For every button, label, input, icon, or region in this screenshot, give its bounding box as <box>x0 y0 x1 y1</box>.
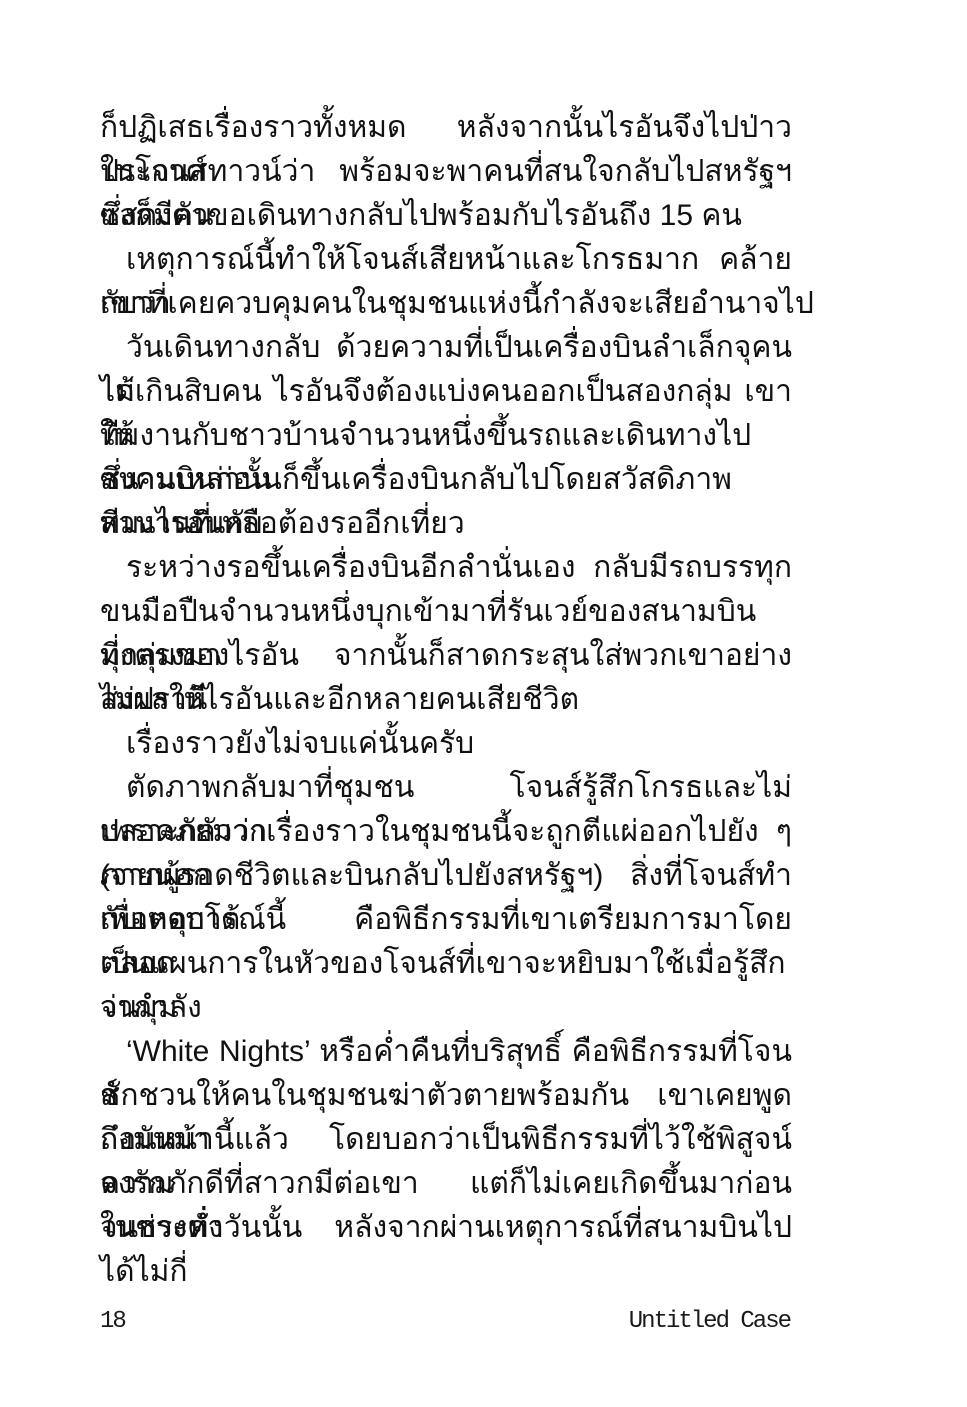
book-page: ก็ปฏิเสธเรื่องราวทั้งหมด หลังจากนั้นไรอั… <box>0 0 967 1407</box>
text-line: จนมุม <box>100 986 792 1030</box>
text-line: ระหว่างรอขึ้นเครื่องบินอีกลำนั่นเอง กลับ… <box>100 546 792 590</box>
text-line: ชักชวนให้คนในชุมชนฆ่าตัวตายพร้อมกัน เขาเ… <box>100 1074 792 1118</box>
running-title: Untitled Case <box>629 1308 790 1335</box>
text-line: เรื่องราวยังไม่จบแค่นั้นครับ <box>100 722 792 766</box>
page-number: 18 <box>100 1308 125 1335</box>
text-line: ‘White Nights’ หรือค่ำคืนที่บริสุทธิ์ คื… <box>100 1030 792 1074</box>
text-line: วันเดินทางกลับ ด้วยความที่เป็นเครื่องบิน… <box>100 326 792 370</box>
text-line: ก่อนหน้านี้แล้ว โดยบอกว่าเป็นพิธีกรรมที่… <box>100 1118 792 1162</box>
text-line: ทีมงานที่เหลือต้องรออีกเที่ยว <box>100 502 792 546</box>
text-line: ส่งผลให้ไรอันและอีกหลายคนเสียชีวิต <box>100 678 792 722</box>
text-line: (จากผู้รอดชีวิตและบินกลับไปยังสหรัฐฯ) สิ… <box>100 854 792 898</box>
text-line: ก็ปฏิเสธเรื่องราวทั้งหมด หลังจากนั้นไรอั… <box>100 106 792 150</box>
text-line: เหตุการณ์นี้ทำให้โจนส์เสียหน้าและโกรธมาก… <box>100 238 792 282</box>
text-block: ก็ปฏิเสธเรื่องราวทั้งหมด หลังจากนั้นไรอั… <box>100 106 792 1250</box>
page-footer: 18 Untitled Case <box>100 1308 790 1342</box>
text-line: ซึ่งคนเหล่านั้นก็ขึ้นเครื่องบินกลับไปโดย… <box>100 458 792 502</box>
text-line: ขนมือปืนจำนวนหนึ่งบุกเข้ามาที่รันเวย์ของ… <box>100 590 792 634</box>
text-line: เป็นแผนการในหัวของโจนส์ที่เขาจะหยิบมาใช้… <box>100 942 792 986</box>
text-line: แสดงตัวขอเดินทางกลับไปพร้อมกับไรอันถึง 1… <box>100 194 792 238</box>
text-line: กับเหตุการณ์นี้ คือพิธีกรรมที่เขาเตรียมก… <box>100 898 792 942</box>
text-line: เขาที่เคยควบคุมคนในชุมชนแห่งนี้กำลังจะเส… <box>100 282 792 326</box>
text-line: ในช่วงค่ำวันนั้น หลังจากผ่านเหตุการณ์ที่… <box>100 1206 792 1250</box>
text-line: จงรักภักดีที่สาวกมีต่อเขา แต่ก็ไม่เคยเกิ… <box>100 1162 792 1206</box>
text-line: ในโจนส์ทาวน์ว่า พร้อมจะพาคนที่สนใจกลับไป… <box>100 150 792 194</box>
text-line: ตัดภาพกลับมาที่ชุมชน โจนส์รู้สึกโกรธและไ… <box>100 766 792 810</box>
text-line: ไม่เกินสิบคน ไรอันจึงต้องแบ่งคนออกเป็นสอ… <box>100 370 792 414</box>
text-line: ที่กลุ่มของไรอัน จากนั้นก็สาดกระสุนใส่พว… <box>100 634 792 678</box>
text-line: เพราะกลัวว่าเรื่องราวในชุมชนนี้จะถูกตีแผ… <box>100 810 792 854</box>
text-line: ทีมงานกับชาวบ้านจำนวนหนึ่งขึ้นรถและเดินท… <box>100 414 792 458</box>
